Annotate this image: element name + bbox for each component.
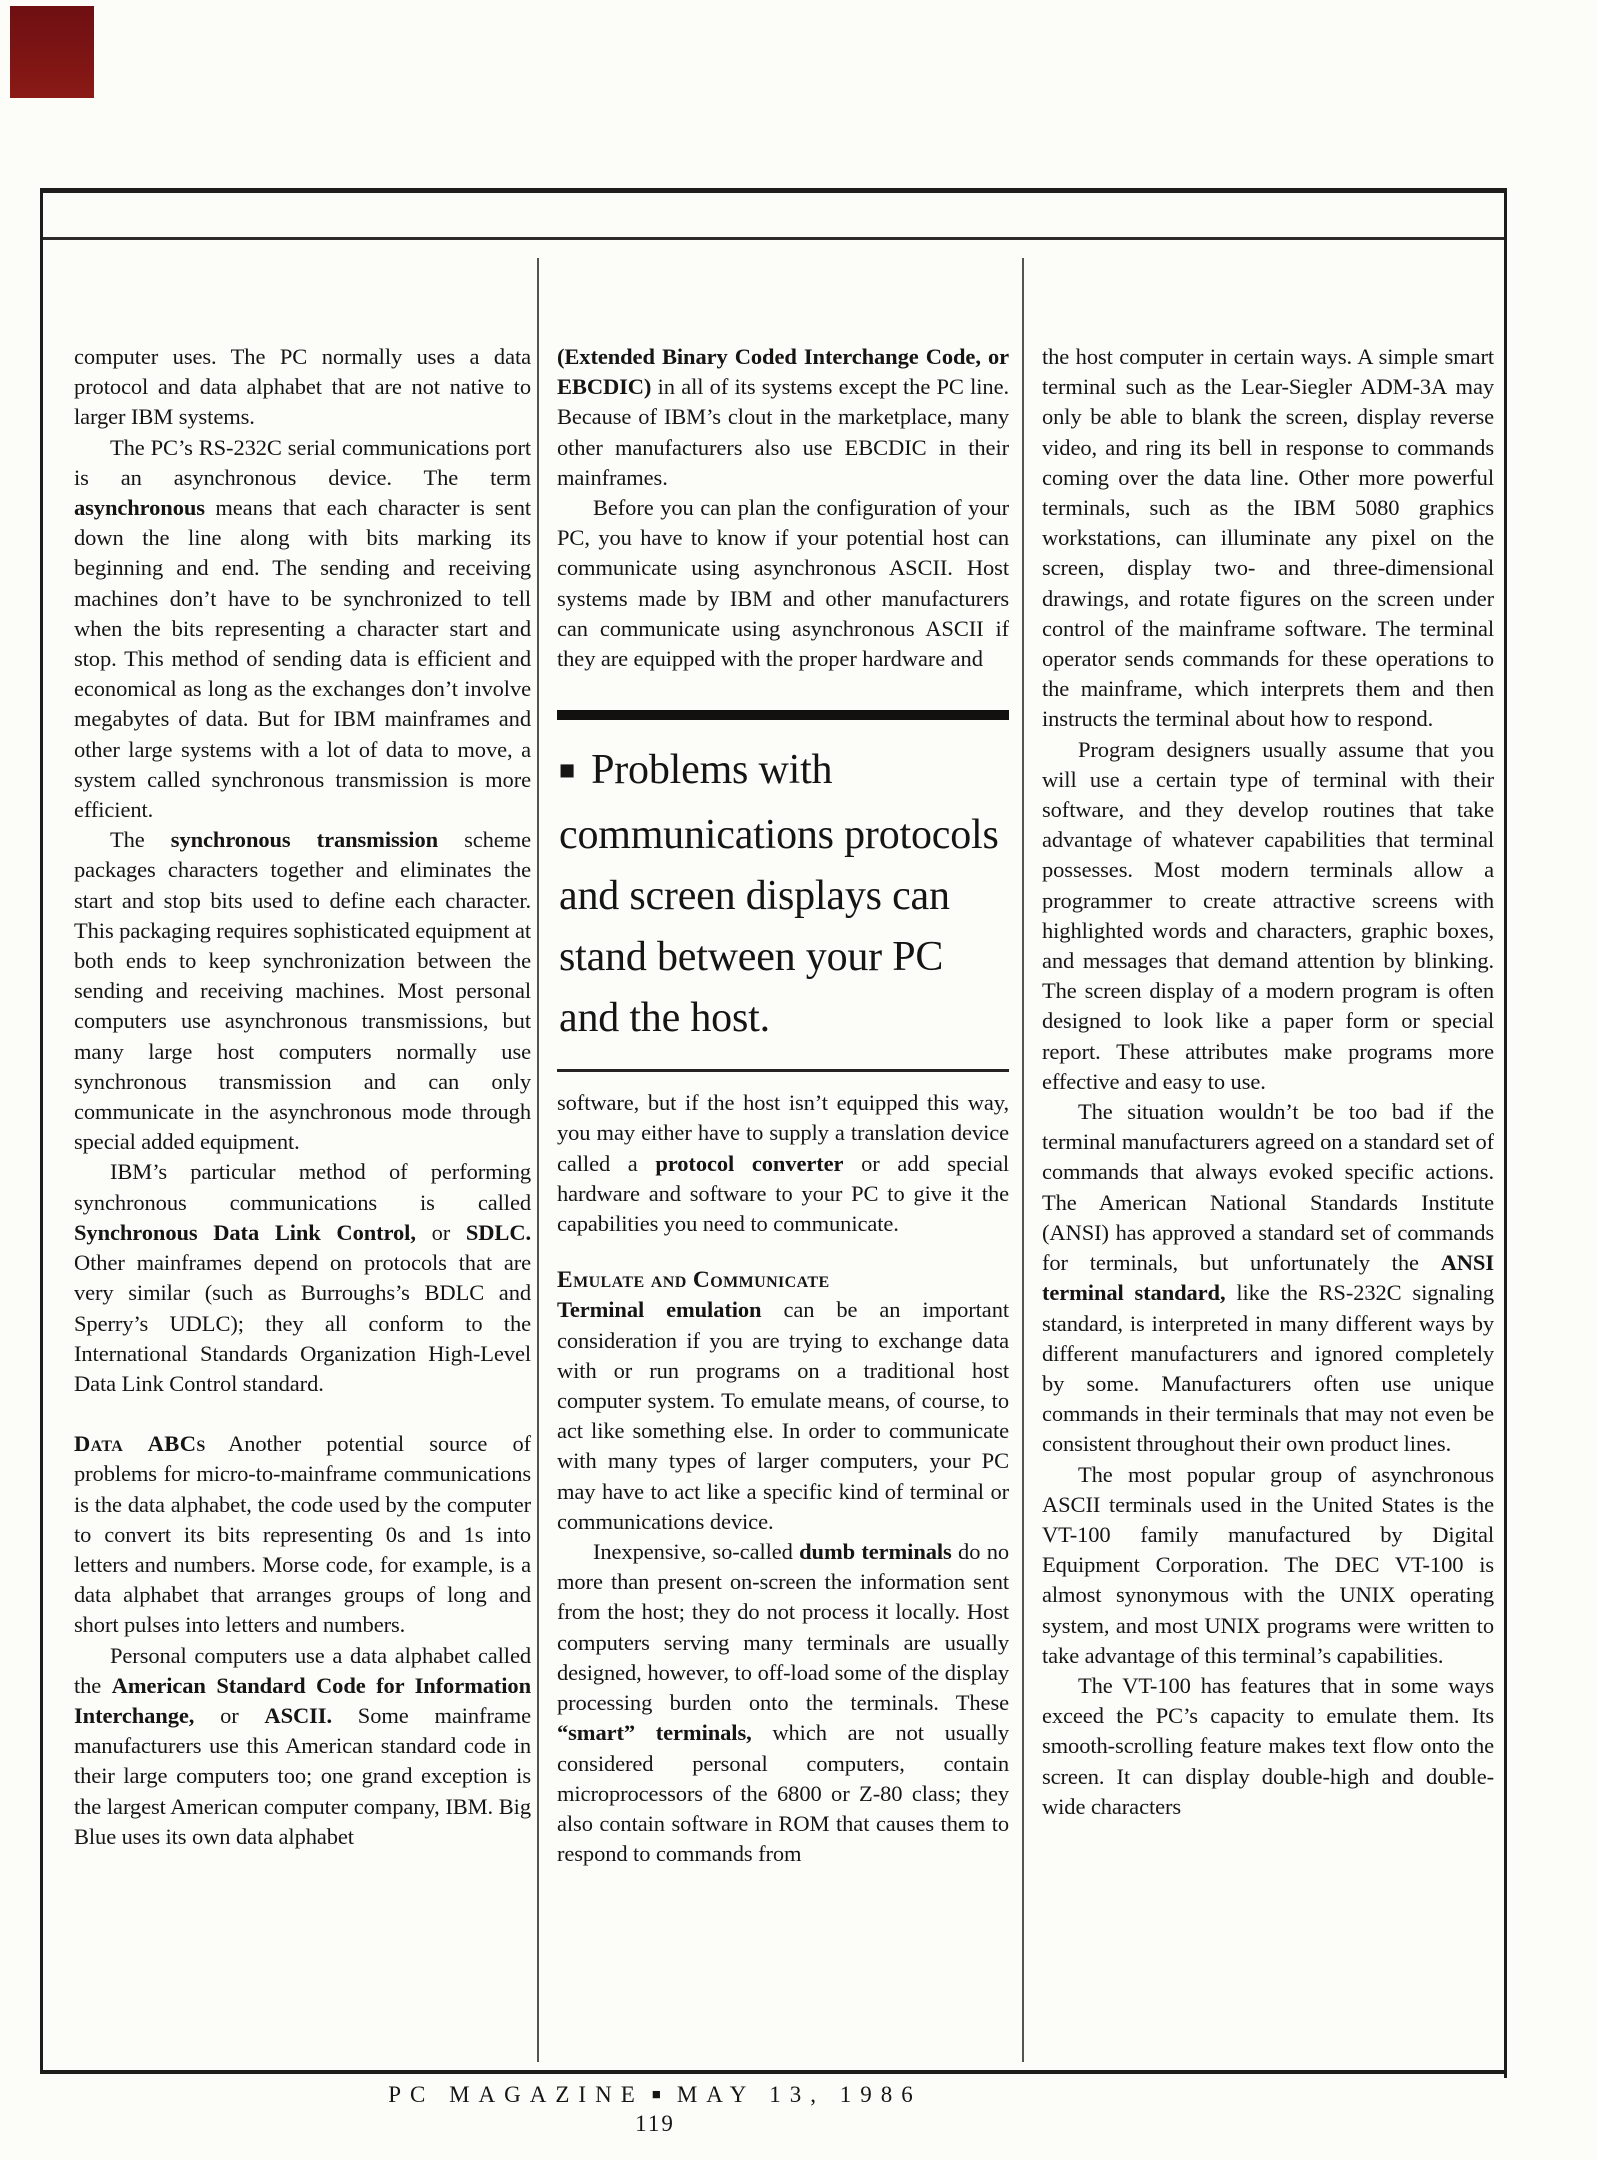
text-run: The PC’s RS-232C serial communications p… [74, 435, 531, 490]
paragraph: Program designers usually assume that yo… [1042, 735, 1494, 1097]
bold-run: dumb terminals [799, 1539, 952, 1564]
pull-quote-line: and the host. [559, 988, 1009, 1049]
paragraph: Inexpensive, so-called dumb terminals do… [557, 1537, 1009, 1869]
bold-run: asynchronous [74, 495, 205, 520]
paragraph: Before you can plan the configuration of… [557, 493, 1009, 674]
scan-artifact-red-box [10, 6, 94, 98]
text-run: The VT-100 has features that in some way… [1042, 1673, 1494, 1819]
footer-date: MAY 13, 1986 [677, 2082, 922, 2107]
text-run: scheme packages characters together and … [74, 827, 531, 1154]
text-run: Inexpensive, so-called [593, 1539, 799, 1564]
text-run: or [416, 1220, 466, 1245]
pull-quote-text: ■Problems withcommunications protocolsan… [557, 720, 1009, 1069]
bold-run: Data ABCs [74, 1431, 206, 1456]
column-2: (Extended Binary Coded Interchange Code,… [557, 342, 1009, 2048]
pull-quote-bottom-rule [557, 1069, 1009, 1072]
paragraph: computer uses. The PC normally uses a da… [74, 342, 531, 433]
pull-quote-line: communications protocols [559, 805, 1009, 866]
paragraph: The situation wouldn’t be too bad if the… [1042, 1097, 1494, 1459]
footer-line: PC MAGAZINE■MAY 13, 1986 [0, 2082, 1310, 2108]
frame-left-border [40, 188, 43, 2074]
bold-run: ASCII. [264, 1703, 332, 1728]
bold-run: protocol converter [655, 1151, 843, 1176]
text-run: The most popular group of asynchronous A… [1042, 1462, 1494, 1668]
frame-top-outer-rule [40, 188, 1507, 193]
bold-run: Synchronous Data Link Control, [74, 1220, 416, 1245]
text-run: Other mainframes depend on protocols tha… [74, 1250, 531, 1396]
footer-square-bullet: ■ [652, 2087, 661, 2103]
paragraph: software, but if the host isn’t equipped… [557, 1088, 1009, 1239]
paragraph: (Extended Binary Coded Interchange Code,… [557, 342, 1009, 493]
column-separator-1 [537, 258, 539, 2062]
bold-run: SDLC. [466, 1220, 531, 1245]
footer-magazine-name: PC MAGAZINE [388, 2082, 644, 2107]
paragraph: Personal computers use a data alphabet c… [74, 1641, 531, 1852]
square-bullet-icon: ■ [559, 740, 575, 801]
text-run: The [110, 827, 171, 852]
text-run: The situation wouldn’t be too bad if the… [1042, 1099, 1494, 1275]
text-run: IBM’s particular method of performing sy… [74, 1159, 531, 1214]
pull-quote-top-rule [557, 710, 1009, 720]
bold-run: Emulate and Communicate [557, 1267, 830, 1293]
page-footer: PC MAGAZINE■MAY 13, 1986 119 [0, 2082, 1310, 2137]
paragraph: the host computer in certain ways. A sim… [1042, 342, 1494, 735]
column-3: the host computer in certain ways. A sim… [1042, 342, 1494, 2048]
text-run: Before you can plan the configuration of… [557, 495, 1009, 671]
text-run: do no more than present on-screen the in… [557, 1539, 1009, 1715]
paragraph: The VT-100 has features that in some way… [1042, 1671, 1494, 1822]
paragraph: The most popular group of asynchronous A… [1042, 1460, 1494, 1671]
text-run: computer uses. The PC normally uses a da… [74, 344, 531, 429]
paragraph: The PC’s RS-232C serial communications p… [74, 433, 531, 826]
pull-quote-line: stand between your PC [559, 927, 1009, 988]
frame-bottom-rule [40, 2070, 1507, 2074]
bold-run: “smart” terminals, [557, 1720, 752, 1745]
paragraph: IBM’s particular method of performing sy… [74, 1157, 531, 1399]
frame-right-border [1504, 188, 1507, 2078]
section-heading: Emulate and Communicate [557, 1265, 1009, 1295]
pull-quote-line: ■Problems with [559, 740, 1009, 805]
bold-run: Terminal emulation [557, 1297, 761, 1322]
text-run: Another potential source of problems for… [74, 1431, 531, 1637]
frame-top-inner-rule [42, 237, 1505, 240]
text-run: means that each character is sent down t… [74, 495, 531, 822]
text-run: the host computer in certain ways. A sim… [1042, 344, 1494, 731]
column-1: computer uses. The PC normally uses a da… [74, 342, 531, 2048]
text-run: can be an important consideration if you… [557, 1297, 1009, 1533]
pull-quote-line: and screen displays can [559, 866, 1009, 927]
column-separator-2 [1022, 258, 1024, 2062]
text-run: like the RS-232C signaling standard, is … [1042, 1280, 1494, 1456]
pull-quote: ■Problems withcommunications protocolsan… [557, 710, 1009, 1072]
bold-run: synchronous transmission [171, 827, 438, 852]
page-number: 119 [0, 2111, 1310, 2137]
paragraph: Data ABCs Another potential source of pr… [74, 1429, 531, 1640]
magazine-page: { "page": { "background": "#fcfcf9", "sc… [0, 0, 1597, 2160]
paragraph: The synchronous transmission scheme pack… [74, 825, 531, 1157]
text-run: Program designers usually assume that yo… [1042, 737, 1494, 1094]
text-run: or [194, 1703, 264, 1728]
paragraph: Terminal emulation can be an important c… [557, 1295, 1009, 1537]
